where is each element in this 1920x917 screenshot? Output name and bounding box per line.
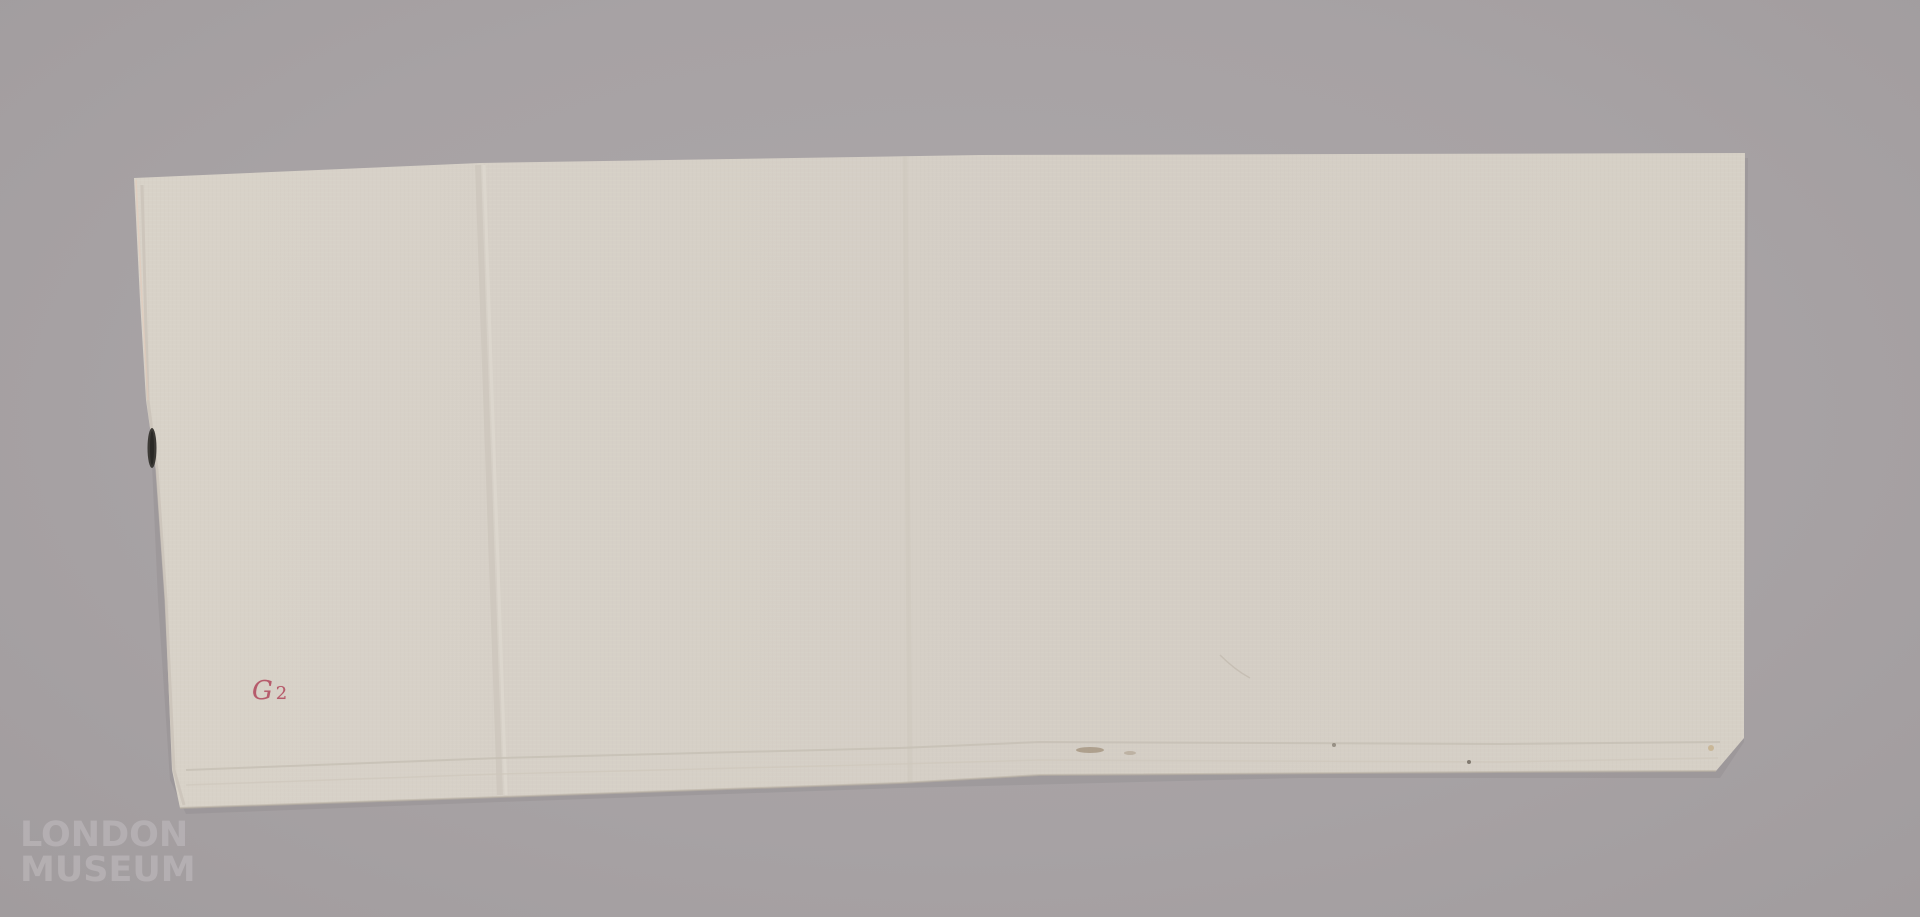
stain-mark <box>1124 751 1136 755</box>
stain-mark <box>1467 760 1471 764</box>
cloth-weave-texture <box>134 153 1745 808</box>
photo-stage: G2 LONDON MUSEUM <box>0 0 1920 917</box>
stain-mark <box>1332 743 1336 747</box>
embroidered-monogram: G2 <box>252 676 288 706</box>
linen-cloth <box>0 0 1920 917</box>
watermark-line-2: MUSEUM <box>20 853 196 888</box>
monogram-letter: G <box>252 676 274 706</box>
london-museum-watermark: LONDON MUSEUM <box>20 818 196 888</box>
stain-mark <box>1076 747 1104 753</box>
watermark-line-1: LONDON <box>20 818 196 853</box>
hanging-slot-inner <box>150 431 154 465</box>
monogram-number: 2 <box>276 683 288 704</box>
stain-mark <box>1708 745 1714 751</box>
